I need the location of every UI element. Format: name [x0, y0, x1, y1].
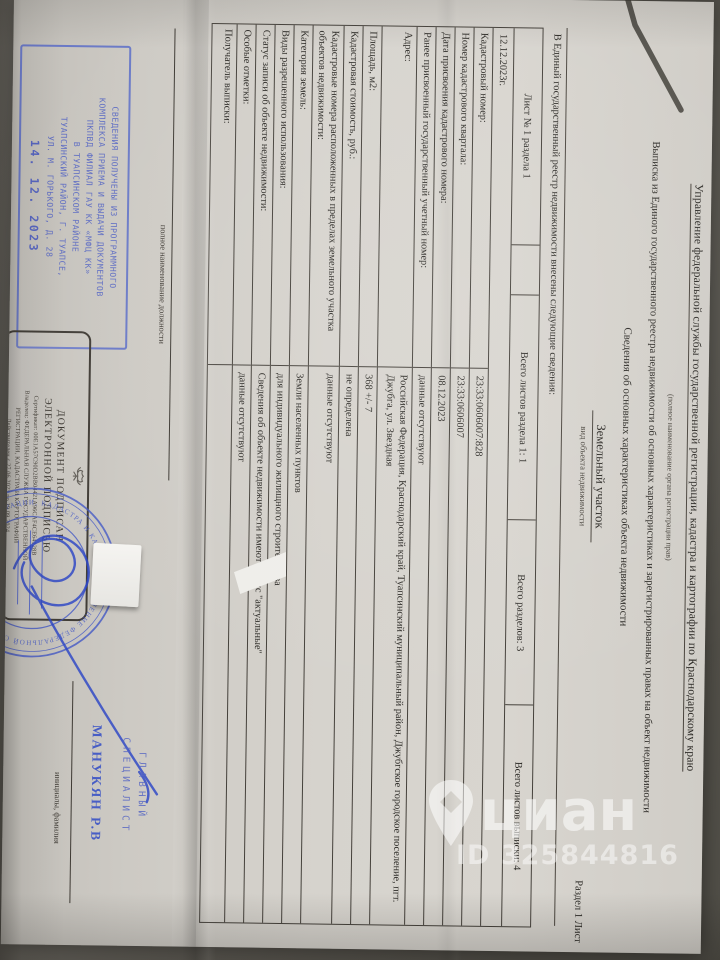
- row-label: Адрес:: [378, 26, 417, 367]
- name-caption: инициалы, фамилия: [51, 723, 62, 893]
- row-label: Кадастровые номера расположенных в преде…: [309, 25, 344, 366]
- photo-frame: Управление федеральной службы государств…: [0, 0, 720, 960]
- mfc-stamp-date: 14. 12. 2023: [22, 52, 44, 340]
- operator-position-stamp-line1: ГЛАВНЫЙ: [135, 706, 148, 866]
- object-type: Земельный участок: [590, 410, 608, 542]
- extract-title: Выписка из Единого государственного реес…: [639, 1, 663, 953]
- total-section-sheets-cell: Всего листов раздела 1: 1: [508, 295, 539, 521]
- total-extract-sheets-cell: Всего листов выписки: 4: [502, 706, 533, 927]
- object-table: Лист № 1 раздела 1 Всего листов раздела …: [199, 23, 544, 928]
- document-page: Управление федеральной службы государств…: [1, 0, 714, 954]
- intro-line: В Единый государственный реестр недвижим…: [546, 34, 562, 395]
- sheet-cell: Лист № 1 раздела 1: [512, 28, 543, 245]
- authority-title: Управление федеральной службы государств…: [682, 2, 708, 954]
- mfc-intake-stamp: СВЕДЕНИЯ ПОЛУЧЕНЫ ИЗ ПРОГРАММНОГО КОМПЛЕ…: [16, 44, 131, 350]
- sheet-blank-cell: [511, 245, 540, 296]
- position-caption: полное наименование должности: [156, 144, 169, 424]
- section-sheet-label: Раздел 1 Лист: [572, 880, 584, 943]
- position-signature-line: [168, 28, 175, 480]
- operator-name-stamp: МАНУКЯН Р.В: [87, 693, 106, 873]
- total-sections-cell: Всего разделов: 3: [505, 521, 536, 706]
- authority-title-text: Управление федеральной службы государств…: [682, 184, 705, 772]
- row-label: Получатель выписки:: [208, 24, 237, 365]
- operator-position-stamp-line2: СПЕЦИАЛИСТ: [119, 706, 132, 866]
- authority-caption: (полное наименование органа регистрации …: [659, 1, 681, 953]
- extract-subtitle: Сведения об основных характеристиках объ…: [613, 1, 638, 953]
